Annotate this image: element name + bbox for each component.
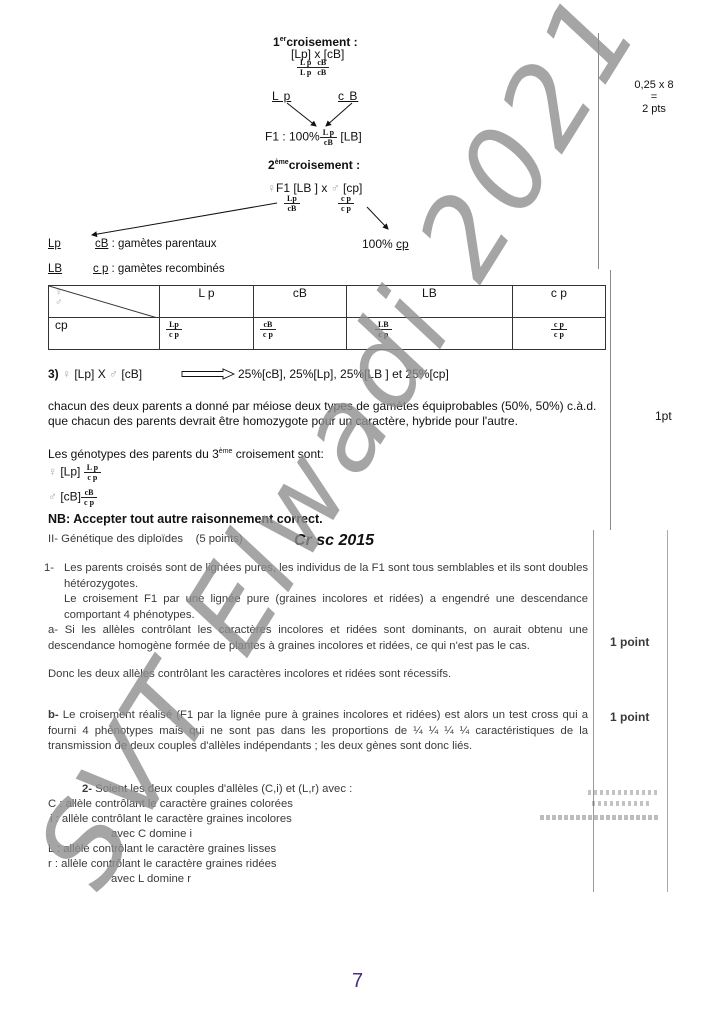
cross2-arrows [80,195,400,240]
cross1-f1: F1 : 100%L pcB [LB] [265,128,362,147]
female-symbol-icon: ♀ [62,367,71,381]
cross1-arrows [270,100,380,130]
table-header: cB [253,286,346,318]
cross2-parents: ♀F1 [LB ] x ♂ [cp] [267,181,362,195]
male-symbol-icon: ♂ [48,490,57,504]
recombined-gametes: LBc p : gamètes recombinés [48,262,225,276]
cross1-genotype-left: L pL p [297,58,314,77]
qa-text: a- Si les allèles contrôlant les caractè… [48,623,588,654]
female-parent-genotype: ♀ [Lp] L pc p [48,463,101,482]
double-arrow-icon [181,368,235,380]
q1-text2: Le croisement F1 par une lignée pure (gr… [64,592,588,623]
page-number: 7 [352,970,363,992]
table-row-label: cp [49,318,160,350]
male-symbol-icon: ♂ [109,367,118,381]
male-parent-genotype: ♂ [cB]cBc p [48,488,97,507]
diagonal-line [49,286,160,318]
cross3-line: 3) ♀ [Lp] X ♂ [cB] [48,367,142,381]
table-corner-cell: ♀ ♂ [49,286,160,318]
parental-gametes: LpcB : gamètes parentaux [48,237,216,251]
table-header-row: ♀ ♂ L p cB LB c p [49,286,606,318]
table-cell: c pc p [512,318,605,350]
table-header: L p [160,286,254,318]
cross1-genotype-right: cBcB [314,58,329,77]
cross2-title: 2èmecroisement : [268,156,360,172]
margin-rule-scan-right [667,530,668,892]
faded-stamp [540,790,665,840]
table-cell: Lpc p [160,318,254,350]
cross1-genotypes: L pL pcBcB [297,58,329,77]
female-symbol-icon: ♀ [48,465,57,479]
male-symbol-icon: ♂ [331,181,340,195]
female-symbol-icon: ♀ [267,181,276,195]
table-header: c p [512,286,605,318]
score-q1b: 1 point [610,710,649,726]
q1-number: 1- [44,561,54,577]
score-q1a: 1 point [610,635,649,651]
margin-rule-mid [610,270,611,530]
cross1-f1-genotype: L pcB [320,128,337,147]
score-explanation: 1pt [655,409,672,423]
